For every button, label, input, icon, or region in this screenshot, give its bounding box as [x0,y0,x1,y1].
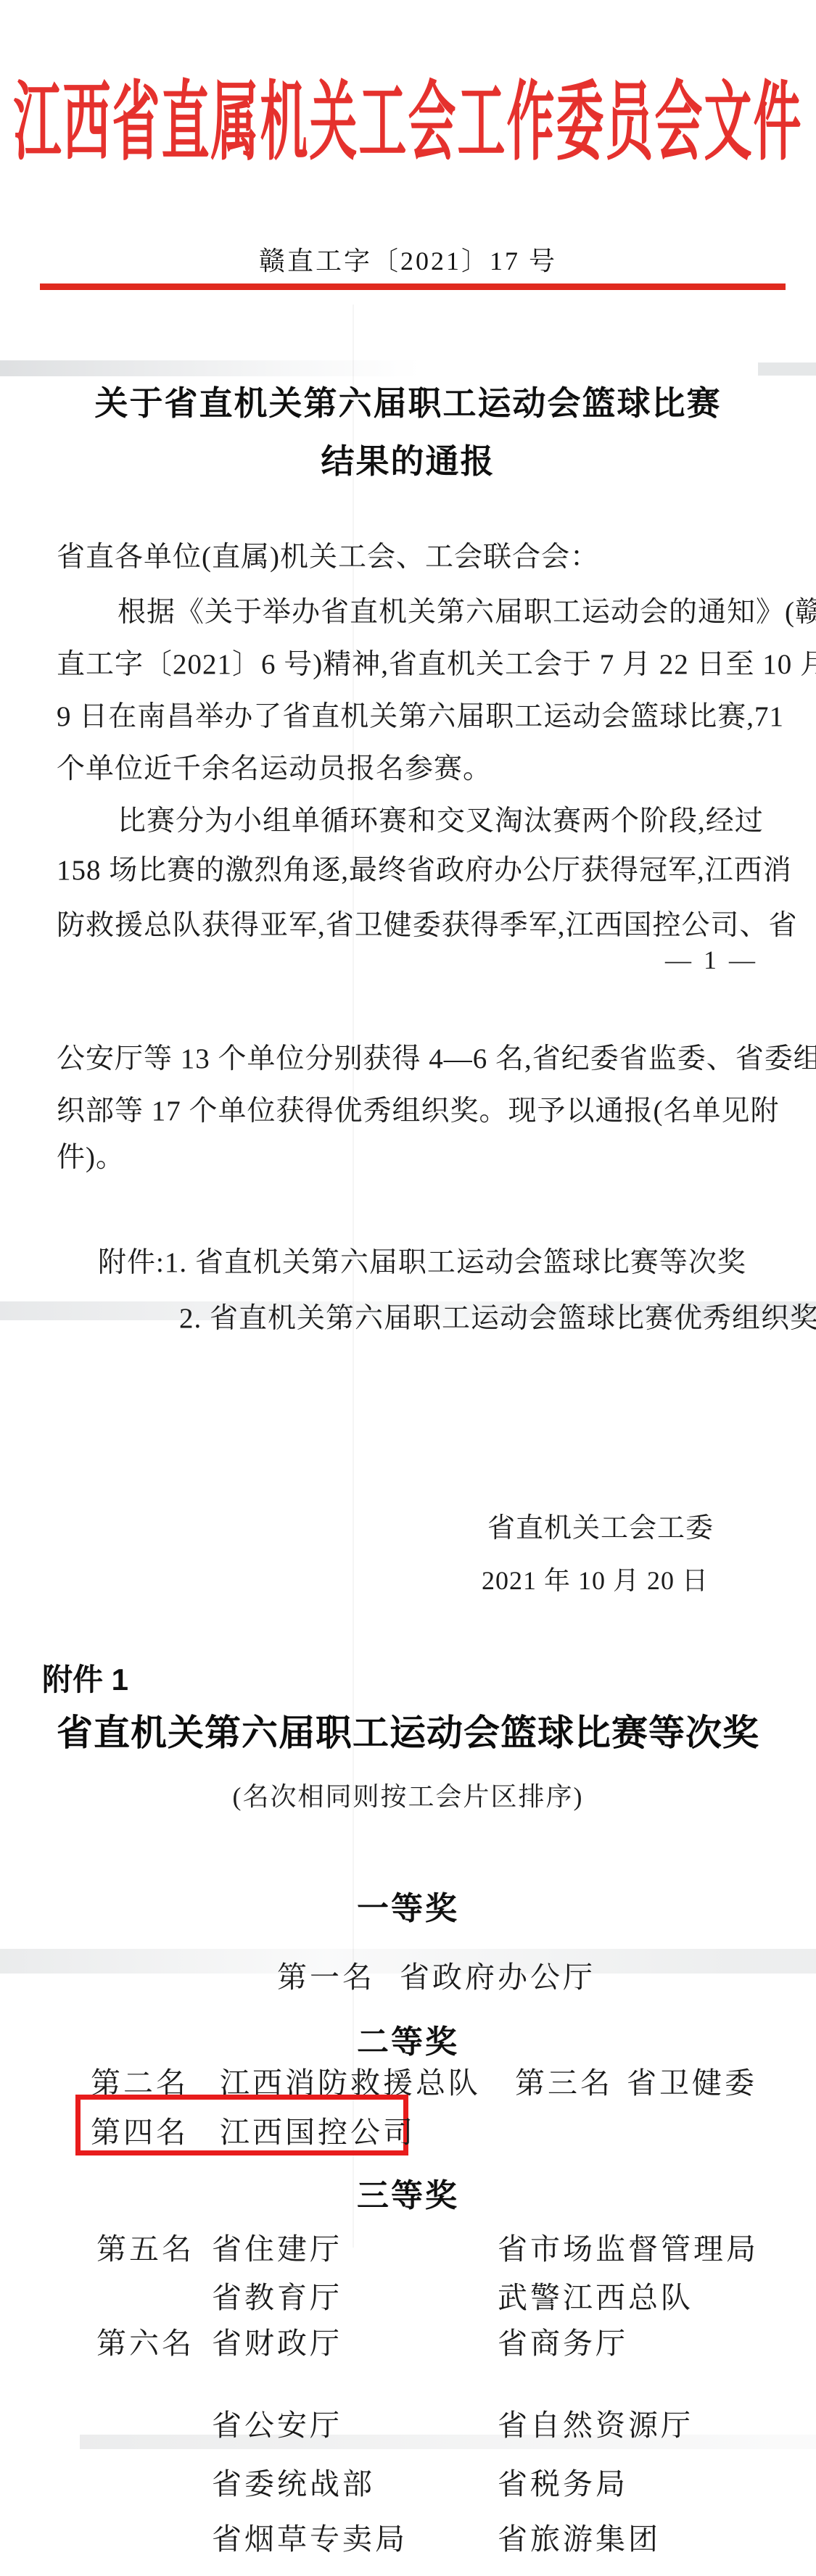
body-line: 158 场比赛的激烈角逐,最终省政府办公厅获得冠军,江西消 [57,848,792,888]
first-prize-heading: 一等奖 [0,1882,816,1929]
signature-date: 2021 年 10 月 20 日 [482,1560,709,1597]
first-prize-row: 第一名 省政府办公厅 [277,1953,595,1996]
winner-name: 省商务厅 [498,2319,628,2362]
body-line: 织部等 17 个单位获得优秀组织奖。现予以通报(名单见附 [57,1088,780,1129]
body-line: 公安厅等 13 个单位分别获得 4—6 名,省纪委省监委、省委组 [57,1036,816,1077]
winner-name: 省税务局 [498,2460,628,2503]
winner-name: 省旅游集团 [498,2515,661,2558]
winner-name: 武警江西总队 [498,2274,693,2316]
winner-name: 省政府办公厅 [400,1953,595,1996]
attachment1-subtitle: (名次相同则按工会片区排序) [0,1776,816,1813]
doc-title-line2: 结果的通报 [0,435,816,483]
winner-name: 省烟草专卖局 [212,2515,408,2558]
body-line: 根据《关于举办省直机关第六届职工运动会的通知》(赣 [118,589,816,630]
doc-title-line1: 关于省直机关第六届职工运动会篮球比赛 [0,377,816,425]
attachment1-title: 省直机关第六届职工运动会篮球比赛等次奖 [0,1704,816,1756]
winner-name: 省公安厅 [212,2401,342,2444]
winner-name: 省市场监督管理局 [498,2225,759,2268]
document-number: 赣直工字〔2021〕17 号 [0,241,816,278]
rank-label: 第三名 [515,2059,613,2102]
scan-streak [0,360,421,376]
rank-label: 第六名 [96,2319,194,2362]
attachments-note-line: 附件:1. 省直机关第六届职工运动会篮球比赛等次奖 [98,1240,746,1280]
signature: 省直机关工会工委 [487,1505,714,1545]
winner-name: 省卫健委 [627,2059,757,2102]
body-line: 个单位近千余名运动员报名参赛。 [57,746,492,787]
attachment1-label: 附件 1 [42,1656,128,1699]
winner-name: 省教育厅 [212,2274,342,2316]
winner-name-highlighted: 江西国控公司 [220,2108,416,2151]
body-line: 件)。 [57,1135,125,1175]
attachments-note-line: 2. 省直机关第六届职工运动会篮球比赛优秀组织奖 [179,1296,816,1336]
second-prize-heading: 二等奖 [0,2016,816,2062]
rank-label: 第一名 [277,1953,375,1996]
rank-label: 第五名 [96,2225,194,2268]
winner-name: 省财政厅 [212,2319,342,2362]
scan-streak [80,2435,816,2449]
page-number: — 1 — [665,945,758,975]
third-prize-heading: 三等奖 [0,2169,816,2216]
body-line: 9 日在南昌举办了省直机关第六届职工运动会篮球比赛,71 [57,694,784,734]
body-line: 防救援总队获得亚军,省卫健委获得季军,江西国控公司、省 [57,903,798,943]
winner-name: 省委统战部 [212,2460,375,2503]
scan-streak [758,363,816,376]
body-line: 比赛分为小组单循环赛和交叉淘汰赛两个阶段,经过 [118,798,764,839]
winner-name: 省住建厅 [212,2225,342,2268]
rank-label: 第四名 [91,2108,189,2151]
red-letterhead-banner: 江西省直属机关工会工作委员会文件 [0,52,816,176]
red-separator-line [40,283,786,290]
body-line: 直工字〔2021〕6 号)精神,省直机关工会于 7 月 22 日至 10 月 [57,642,816,682]
salutation: 省直各单位(直属)机关工会、工会联合会： [57,534,599,575]
winner-name: 省自然资源厅 [498,2401,693,2444]
scanned-document-page: 江西省直属机关工会工作委员会文件 赣直工字〔2021〕17 号 关于省直机关第六… [0,0,816,2576]
